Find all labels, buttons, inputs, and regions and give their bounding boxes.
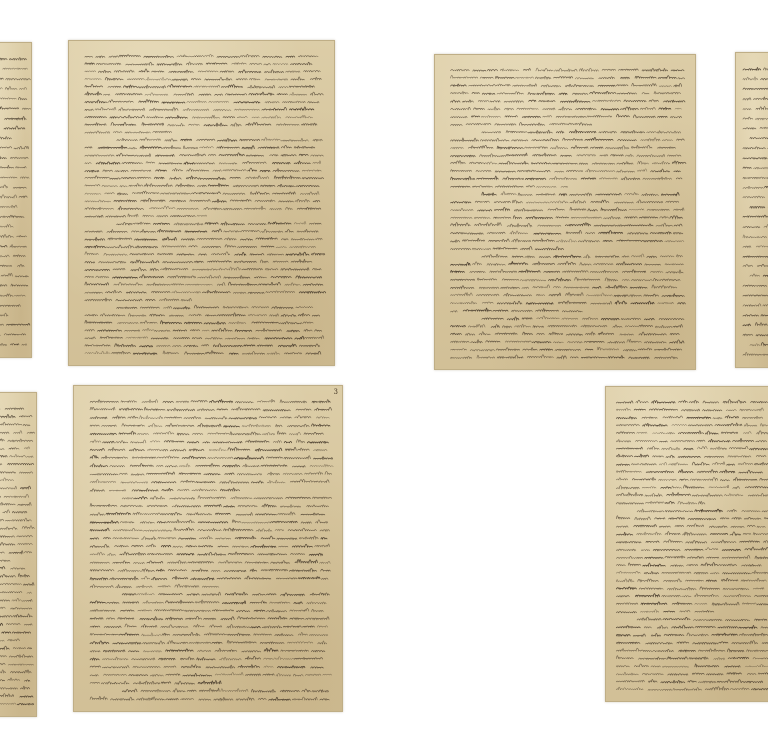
manuscript-page-partial-left-bottom [0, 392, 37, 717]
page-number-marker: 3 [334, 388, 338, 396]
manuscript-page-manuscript-bottom-center: 3 [73, 385, 343, 712]
handwriting-strokes [435, 55, 695, 369]
handwriting-strokes [606, 387, 768, 701]
manuscript-page-manuscript-bottom-right [605, 386, 768, 702]
handwriting-strokes [0, 43, 31, 357]
handwriting-strokes [736, 53, 768, 367]
manuscript-page-manuscript-top-right [434, 54, 696, 370]
manuscript-page-partial-left-top [0, 42, 32, 358]
manuscript-page-manuscript-top-center [68, 40, 335, 366]
handwriting-strokes [74, 386, 342, 711]
handwriting-strokes [69, 41, 334, 365]
handwriting-strokes [0, 393, 36, 716]
photo-canvas: 3 [0, 0, 768, 735]
manuscript-page-partial-right-top [735, 52, 768, 368]
